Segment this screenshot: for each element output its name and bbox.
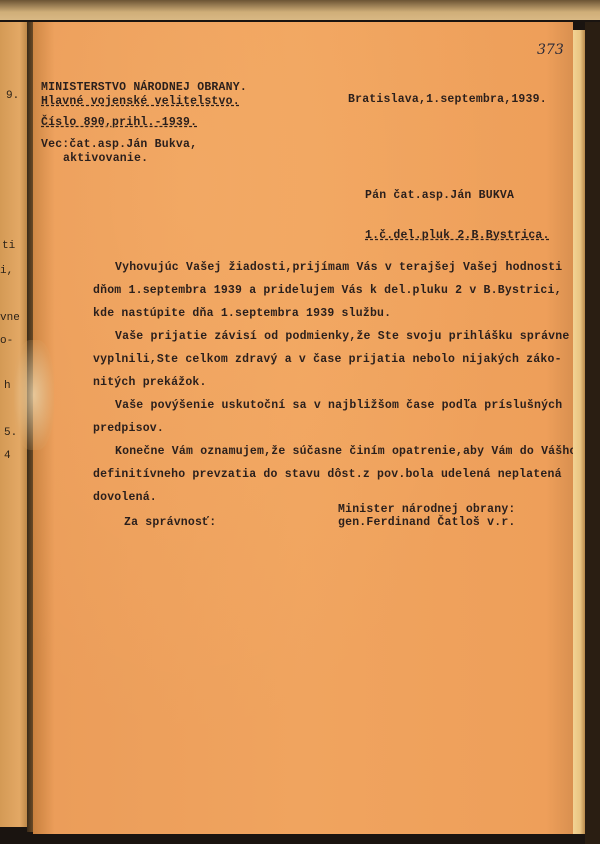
back-sheet bbox=[0, 0, 600, 20]
certification-label: Za správnosť: bbox=[124, 515, 216, 530]
fragment-text: o- bbox=[0, 335, 13, 347]
body-line: Vyhovujúc Vašej žiadosti,prijímam Vás v … bbox=[115, 260, 562, 275]
place-date: Bratislava,1.septembra,1939. bbox=[348, 92, 547, 107]
page-edge-strip bbox=[573, 30, 585, 834]
fragment-text: 9. bbox=[6, 90, 19, 102]
body-line: vyplnili,Ste celkom zdravý a v čase prij… bbox=[93, 352, 562, 367]
handwritten-page-number: 373 bbox=[537, 42, 564, 58]
subject-line-2: aktivovanie. bbox=[63, 151, 148, 166]
fragment-text: i, bbox=[0, 265, 13, 277]
body-line: predpisov. bbox=[93, 421, 164, 436]
body-line: Konečne Vám oznamujem,že súčasne činím o… bbox=[115, 444, 577, 459]
signature-name: gen.Ferdinand Čatloš v.r. bbox=[338, 515, 516, 530]
addressee-unit: 1.č.del.pluk 2.B.Bystrica. bbox=[365, 228, 550, 243]
addressee-name: Pán čat.asp.Ján BUKVA bbox=[365, 188, 514, 203]
fragment-text: 5. bbox=[4, 427, 17, 439]
page-edge-shadow bbox=[585, 22, 600, 844]
body-line: dovolená. bbox=[93, 490, 157, 505]
document-page: 373 MINISTERSTVO NÁRODNEJ OBRANY. Hlavné… bbox=[33, 22, 573, 834]
subject-line: Vec:čat.asp.Ján Bukva, bbox=[41, 137, 197, 152]
body-line: kde nastúpite dňa 1.septembra 1939 služb… bbox=[93, 306, 391, 321]
water-stain bbox=[14, 340, 54, 450]
command-heading: Hlavné vojenské velitelstvo. bbox=[41, 94, 240, 109]
body-line: definitívneho prevzatia do stavu dôst.z … bbox=[93, 467, 562, 482]
body-line: dňom 1.septembra 1939 a pridelujem Vás k… bbox=[93, 283, 562, 298]
fragment-text: h bbox=[4, 380, 11, 392]
fragment-text: vne bbox=[0, 312, 20, 324]
body-line: nitých prekážok. bbox=[93, 375, 207, 390]
fragment-text: ti bbox=[2, 240, 15, 252]
fragment-text: 4 bbox=[4, 450, 11, 462]
body-line: Vaše povýšenie uskutoční sa v najbližšom… bbox=[115, 398, 562, 413]
ministry-heading: MINISTERSTVO NÁRODNEJ OBRANY. bbox=[41, 80, 247, 95]
body-line: Vaše prijatie závisí od podmienky,že Ste… bbox=[115, 329, 569, 344]
reference-number: Číslo 890,prihl.-1939. bbox=[41, 115, 197, 130]
